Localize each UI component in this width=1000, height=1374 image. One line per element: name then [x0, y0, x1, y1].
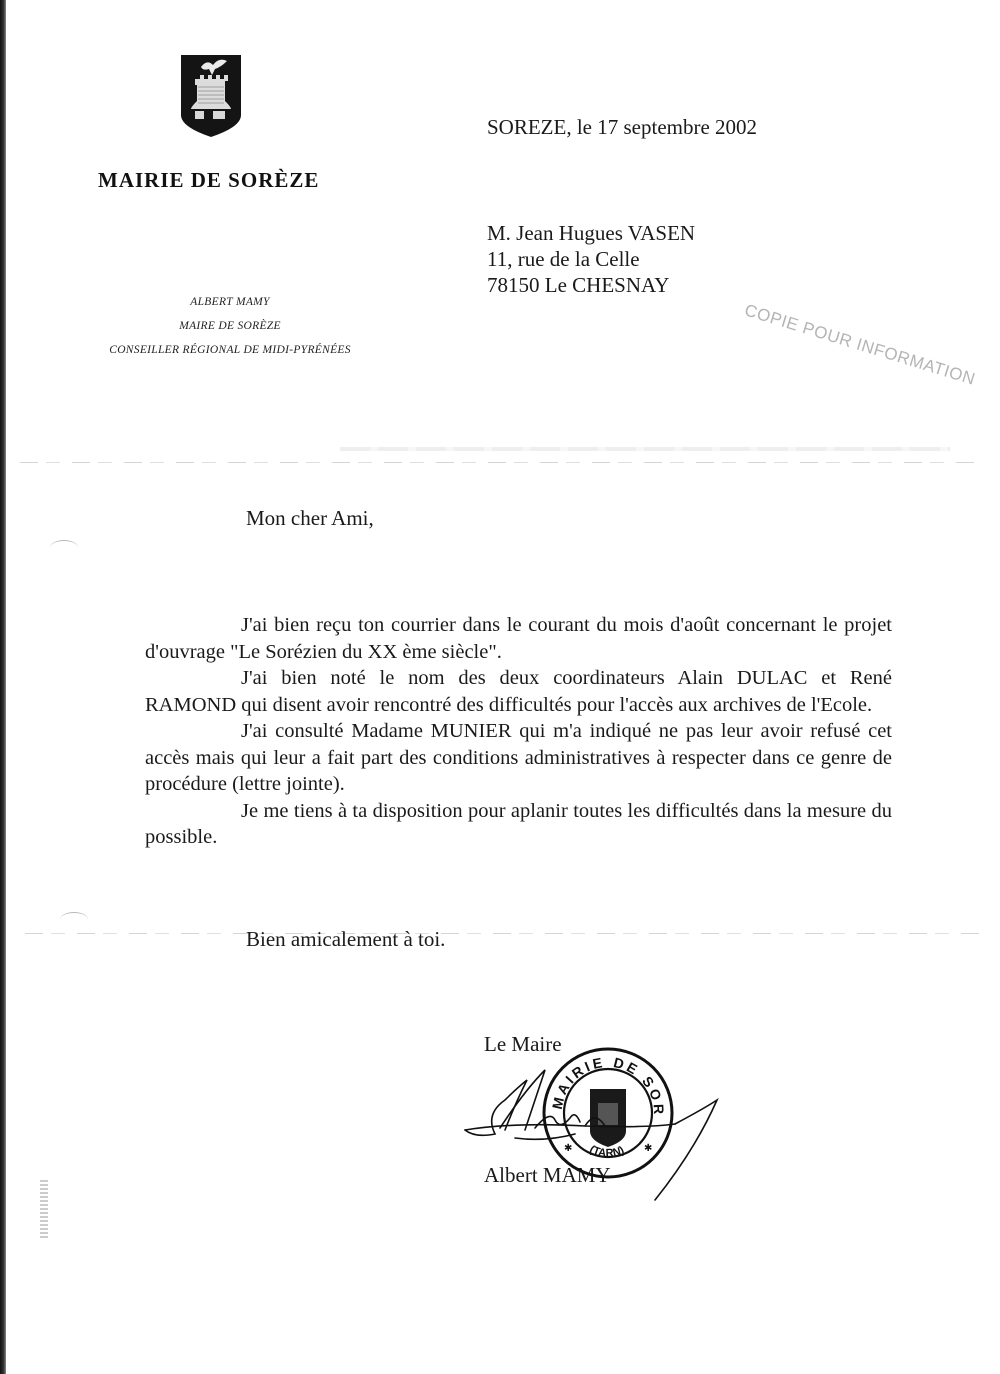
salutation: Mon cher Ami, — [246, 506, 374, 531]
scan-artifact — [340, 447, 950, 451]
scan-edge — [0, 0, 6, 1374]
paragraph: J'ai consulté Madame MUNIER qui m'a indi… — [145, 718, 892, 798]
organization-name: MAIRIE DE SORÈZE — [98, 168, 319, 193]
handwritten-signature-icon — [455, 1030, 735, 1210]
recipient-name: M. Jean Hugues VASEN — [487, 220, 695, 246]
recipient-city: 78150 Le CHESNAY — [487, 272, 669, 298]
recipient-street: 11, rue de la Celle — [487, 246, 640, 272]
letter-body: J'ai bien reçu ton courrier dans le cour… — [145, 612, 892, 851]
copy-for-information-stamp: COPIE POUR INFORMATION — [742, 300, 978, 389]
officer-role: CONSEILLER RÉGIONAL DE MIDI-PYRÉNÉES — [80, 344, 380, 356]
closing: Bien amicalement à toi. — [246, 927, 445, 952]
paper-curl-mark — [50, 540, 78, 555]
paragraph: J'ai bien reçu ton courrier dans le cour… — [145, 612, 892, 665]
paragraph: Je me tiens à ta disposition pour aplani… — [145, 798, 892, 851]
officer-name: ALBERT MAMY — [80, 296, 380, 308]
scan-margin-mark — [40, 1180, 48, 1240]
paper-curl-mark — [60, 912, 88, 927]
fold-line — [20, 462, 980, 463]
officer-title: MAIRE DE SORÈZE — [80, 320, 380, 332]
paragraph: J'ai bien noté le nom des deux coordinat… — [145, 665, 892, 718]
date-line: SOREZE, le 17 septembre 2002 — [487, 115, 757, 140]
tower-with-bird-coat-of-arms-icon — [179, 53, 243, 138]
fold-line — [25, 933, 980, 934]
